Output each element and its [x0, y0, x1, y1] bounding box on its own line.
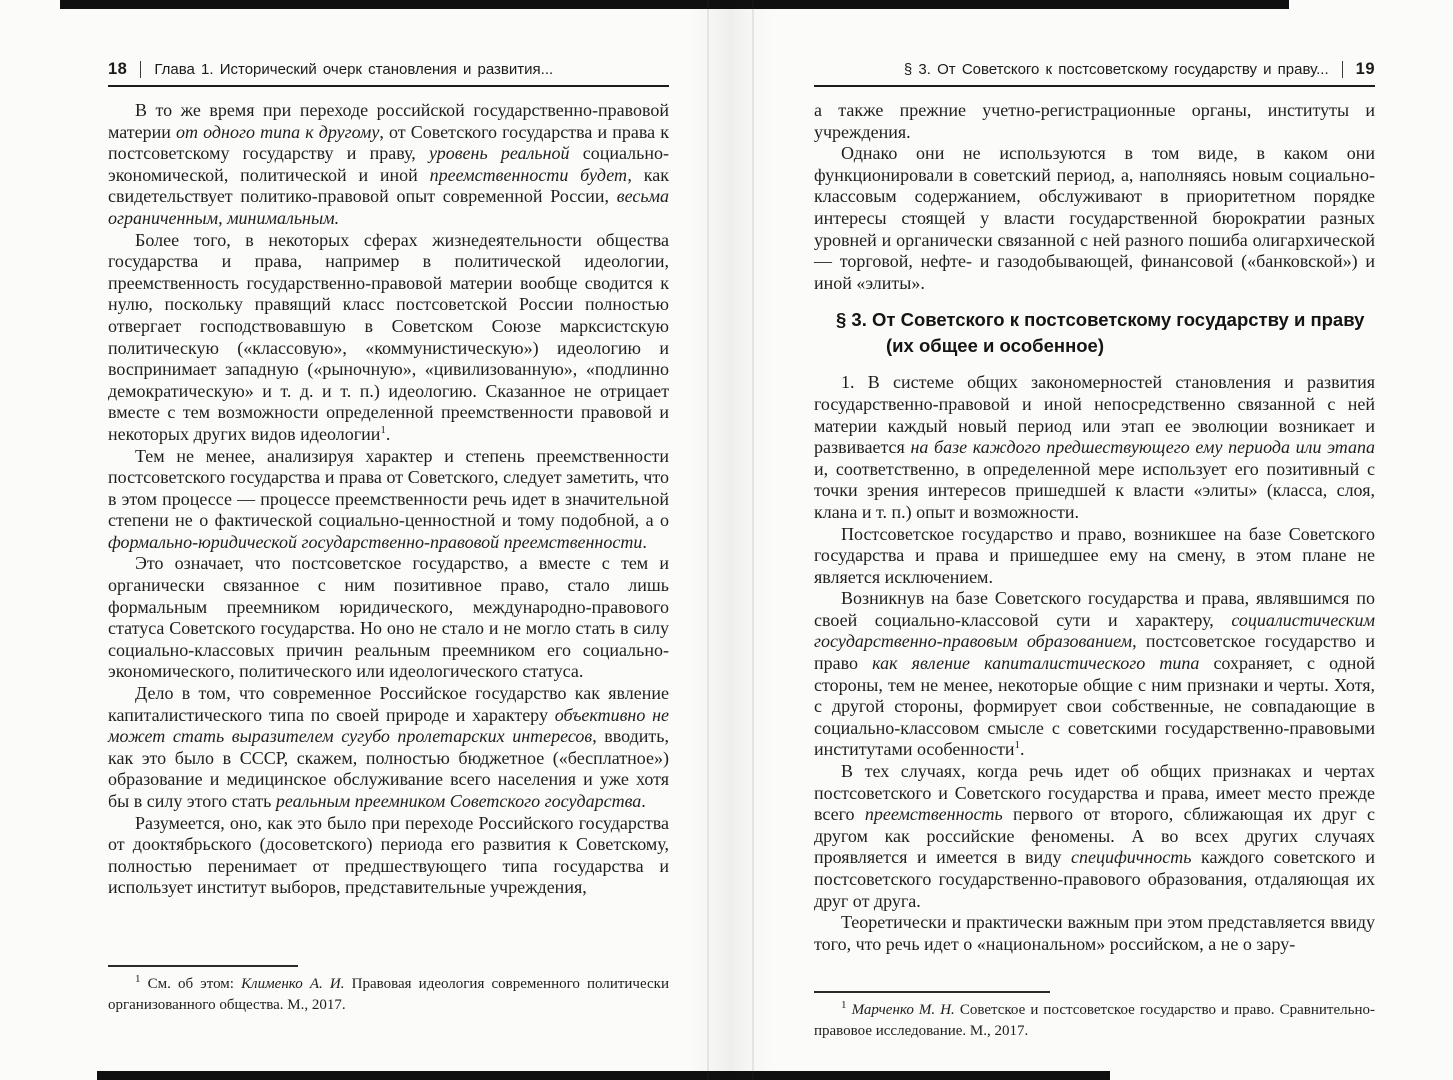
header-separator	[1342, 61, 1343, 78]
footnote-left: 1 См. об этом: Клименко А. И. Правовая и…	[108, 965, 669, 1015]
heading-line-2: (их общее и особенное)	[836, 333, 1375, 359]
text-run: преемственность	[865, 804, 1003, 824]
heading-line-1: § 3. От Советского к постсоветскому госу…	[836, 307, 1375, 333]
text-run: .	[386, 424, 391, 444]
page-18: 18 Глава 1. Исторический очерк становлен…	[108, 58, 669, 1063]
text-run: Тем не менее, анализируя характер и степ…	[108, 446, 669, 531]
footnote-text: 1 См. об этом: Клименко А. И. Правовая и…	[108, 974, 669, 1015]
paragraph: 1. В системе общих закономерностей стано…	[814, 372, 1375, 523]
footnote-right: 1 Марченко М. Н. Советское и постсоветск…	[814, 991, 1375, 1041]
text-run: Однако они не используются в том виде, в…	[814, 143, 1375, 293]
footnote-rule	[814, 991, 1050, 993]
paragraph: Тем не менее, анализируя характер и степ…	[108, 446, 669, 554]
header-separator	[140, 61, 141, 78]
paragraph: В то же время при переходе российской го…	[108, 100, 669, 230]
text-run: от одного типа к другому	[176, 122, 379, 142]
paragraph: Возникнув на базе Советского государства…	[814, 588, 1375, 761]
text-run: Марченко М. Н.	[852, 1002, 955, 1018]
running-header-left: 18 Глава 1. Исторический очерк становлен…	[108, 58, 669, 80]
scan-edge-bottom-bar	[97, 1071, 1110, 1080]
page-body-right-bottom: 1. В системе общих закономерностей стано…	[814, 372, 1375, 955]
text-run: Разумеется, оно, как это было при перехо…	[108, 813, 669, 898]
running-header-right: § 3. От Советского к постсоветскому госу…	[814, 58, 1375, 80]
text-run: .	[1020, 739, 1025, 759]
chapter-title: Глава 1. Исторический очерк становления …	[154, 61, 553, 78]
book-gutter-shadow	[688, 0, 774, 1080]
text-run: на базе каждого предшествующего ему пери…	[910, 437, 1375, 457]
paragraph: Постсоветское государство и право, возни…	[814, 524, 1375, 589]
header-rule	[108, 85, 669, 87]
footnote-rule	[108, 965, 298, 967]
text-run: Более того, в некоторых сферах жизнедеят…	[108, 230, 669, 444]
text-run: .	[642, 532, 647, 552]
text-run: уровень реальной	[429, 143, 570, 163]
section-heading: § 3. От Советского к постсоветскому госу…	[836, 307, 1375, 359]
section-title: § 3. От Советского к постсоветскому госу…	[904, 61, 1329, 78]
page-19: § 3. От Советского к постсоветскому госу…	[814, 58, 1375, 1063]
footnote-text: 1 Марченко М. Н. Советское и постсоветск…	[814, 1000, 1375, 1041]
page-number: 19	[1356, 60, 1375, 79]
paragraph: Однако они не используются в том виде, в…	[814, 143, 1375, 294]
page-body-right-top: а также прежние учетно-регистрационные о…	[814, 100, 1375, 294]
text-run: как явление капиталистического типа	[872, 653, 1199, 673]
scan-edge-top-bar	[60, 0, 1289, 9]
paragraph: Дело в том, что современное Российское г…	[108, 683, 669, 813]
page-number: 18	[108, 60, 127, 79]
text-run: формально-юридической государственно-пра…	[108, 532, 642, 552]
text-run: Клименко А. И.	[241, 976, 344, 992]
text-run: Это означает, что постсоветское государс…	[108, 553, 669, 681]
page-body-left: В то же время при переходе российской го…	[108, 100, 669, 899]
text-run: Теоретически и практически важным при эт…	[814, 912, 1375, 954]
book-scan: { "colors": { "ink": "#1e1e1e", "paper":…	[0, 0, 1453, 1080]
text-run: Постсоветское государство и право, возни…	[814, 524, 1375, 587]
text-run: специфичность	[1071, 847, 1191, 867]
footnote-ref: 1	[841, 999, 847, 1011]
paragraph: а также прежние учетно-регистрационные о…	[814, 100, 1375, 143]
paragraph: Это означает, что постсоветское государс…	[108, 553, 669, 683]
paragraph: Более того, в некоторых сферах жизнедеят…	[108, 230, 669, 446]
text-run: а также прежние учетно-регистрационные о…	[814, 100, 1375, 142]
text-run: .	[641, 791, 646, 811]
text-run: преемственности будет,	[430, 165, 632, 185]
header-rule	[814, 85, 1375, 87]
paragraph: Теоретически и практически важным при эт…	[814, 912, 1375, 955]
text-run: реальным преемником Советского государст…	[276, 791, 641, 811]
gutter-line-left	[707, 0, 709, 1080]
gutter-line-right	[752, 0, 754, 1080]
paragraph: В тех случаях, когда речь идет об общих …	[814, 761, 1375, 912]
text-run: и, соответственно, в определенной мере и…	[814, 459, 1375, 522]
text-run: См. об этом:	[141, 976, 242, 992]
paragraph: Разумеется, оно, как это было при перехо…	[108, 813, 669, 899]
